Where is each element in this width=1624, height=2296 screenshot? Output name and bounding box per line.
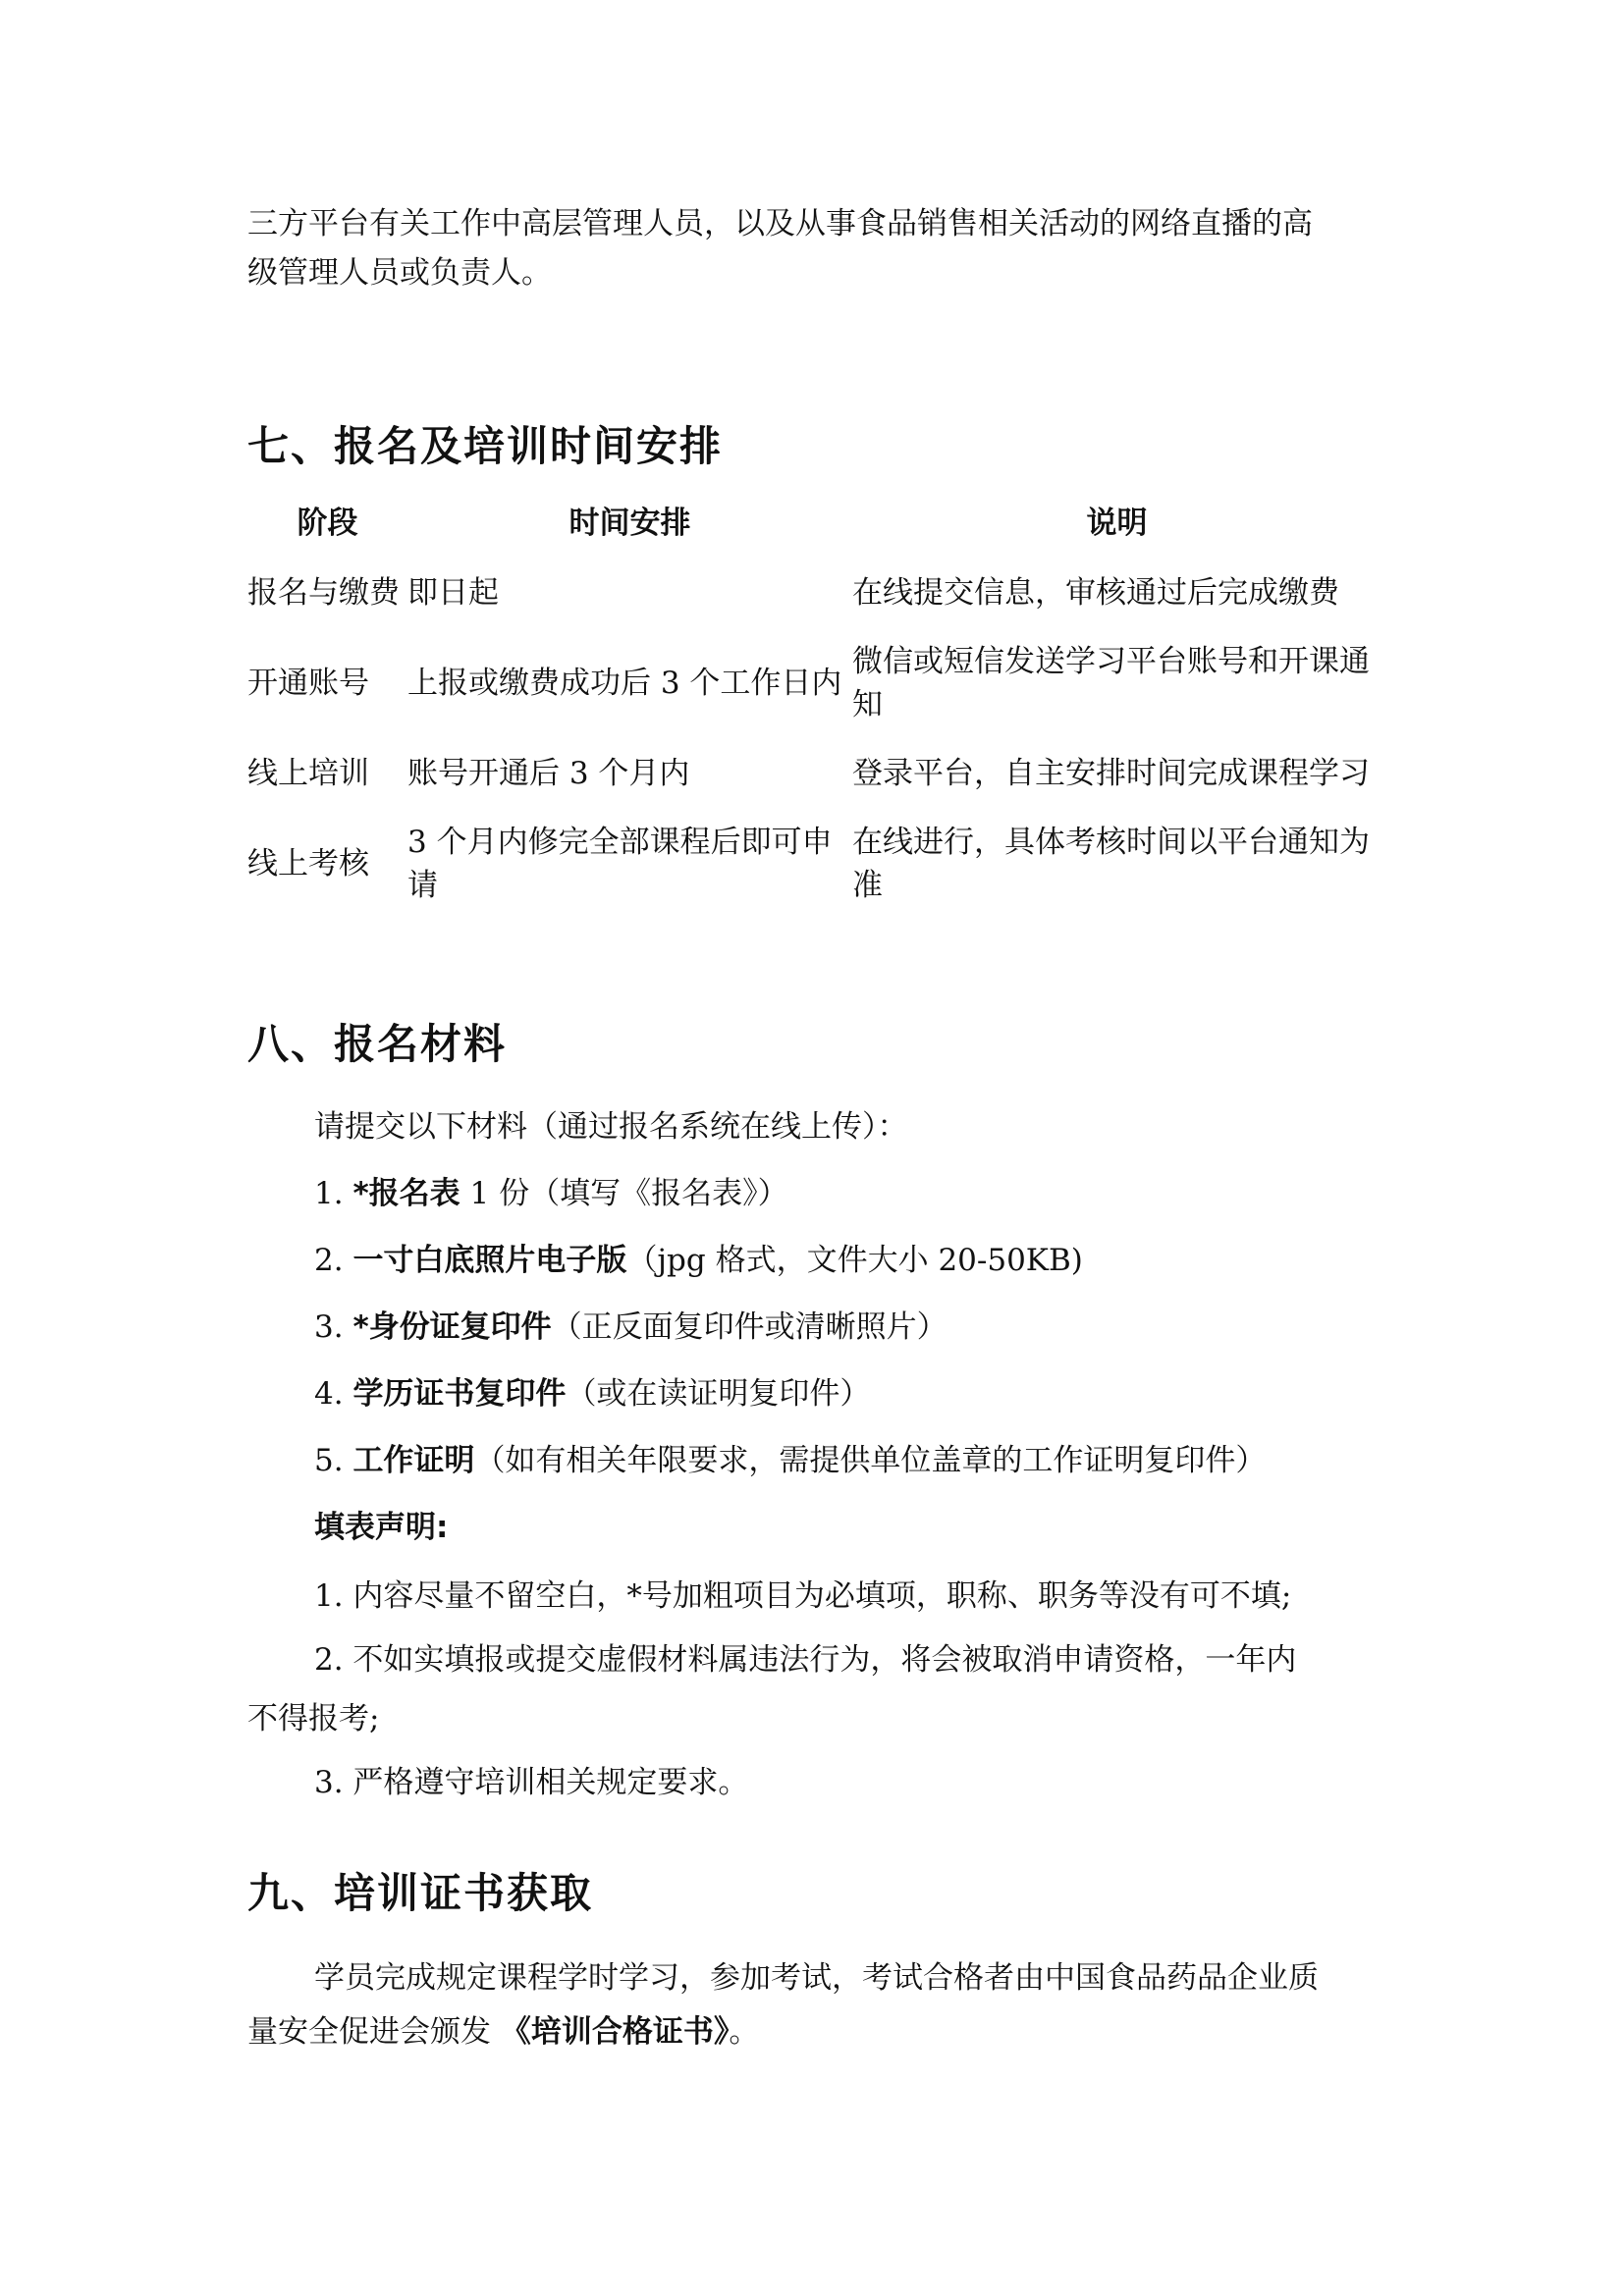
row-time: 即日起 [407,548,852,638]
table-row: 开通账号 上报或缴费成功后 3 个工作日内 微信或短信发送学习平台账号和开课通知 [247,638,1381,728]
certificate-paragraph-line-2: 量安全促进会颁发 《培训合格证书》。 [247,2012,759,2052]
table-row: 线上考核 3 个月内修完全部课程后即可申请 在线进行，具体考核时间以平台通知为准 [247,819,1381,909]
section-9-heading: 九、培训证书获取 [247,1866,593,1921]
note-item-1: 1. 内容尽量不留空白，*号加粗项目为必填项，职称、职务等没有可不填; [314,1576,1291,1616]
note-item-2: 2. 不如实填报或提交虚假材料属违法行为，将会被取消申请资格，一年内 [314,1640,1296,1680]
note-item-3: 3. 严格遵守培训相关规定要求。 [314,1763,748,1802]
material-number: 3. [314,1309,344,1345]
material-detail: 1 份（填写《报名表》） [460,1176,788,1211]
material-number: 2. [314,1243,344,1278]
material-number: 1. [314,1176,344,1211]
section-8-heading: 八、报名材料 [247,1017,507,1072]
material-name: *身份证复印件 [352,1309,551,1345]
material-item: 1. *报名表 1 份（填写《报名表》） [314,1174,788,1213]
material-detail: （或在读证明复印件） [566,1376,870,1412]
row-stage: 开通账号 [247,638,407,728]
intro-line-2: 级管理人员或负责人。 [247,253,552,293]
certificate-name: 《培训合格证书》 [501,2014,730,2050]
row-time: 3 个月内修完全部课程后即可申请 [407,819,852,909]
material-number: 4. [314,1376,344,1412]
row-desc: 在线进行，具体考核时间以平台通知为准 [852,819,1381,909]
certificate-period: 。 [729,2014,759,2050]
header-time: 时间安排 [407,491,852,548]
table-row: 报名与缴费 即日起 在线提交信息，审核通过后完成缴费 [247,548,1381,638]
material-detail: （如有相关年限要求，需提供单位盖章的工作证明复印件） [474,1443,1266,1478]
row-desc: 登录平台，自主安排时间完成课程学习 [852,728,1381,819]
notes-title: 填表声明: [314,1508,448,1547]
row-time: 上报或缴费成功后 3 个工作日内 [407,638,852,728]
certificate-paragraph-line-1: 学员完成规定课程学时学习，参加考试，考试合格者由中国食品药品企业质 [314,1958,1319,1998]
schedule-table: 阶段 时间安排 说明 报名与缴费 即日起 在线提交信息，审核通过后完成缴费 开通… [247,491,1381,909]
section-7-heading: 七、报名及培训时间安排 [247,419,723,474]
header-stage: 阶段 [247,491,407,548]
material-detail: （jpg 格式，文件大小 20-50KB) [626,1243,1082,1278]
note-item-2-continued: 不得报考; [247,1699,379,1738]
row-stage: 线上培训 [247,728,407,819]
row-stage: 线上考核 [247,819,407,909]
material-name: 一寸白底照片电子版 [352,1243,626,1278]
material-number: 5. [314,1443,344,1478]
certificate-text: 量安全促进会颁发 [247,2014,501,2050]
material-name: 学历证书复印件 [352,1376,566,1412]
row-stage: 报名与缴费 [247,548,407,638]
material-detail: （正反面复印件或清晰照片） [552,1309,947,1345]
material-name: *报名表 [352,1176,460,1211]
row-desc: 微信或短信发送学习平台账号和开课通知 [852,638,1381,728]
material-item: 4. 学历证书复印件（或在读证明复印件） [314,1374,870,1414]
materials-intro: 请提交以下材料（通过报名系统在线上传）： [314,1107,908,1147]
intro-line-1: 三方平台有关工作中高层管理人员，以及从事食品销售相关活动的网络直播的高 [247,204,1313,243]
material-name: 工作证明 [352,1443,474,1478]
material-item: 3. *身份证复印件（正反面复印件或清晰照片） [314,1308,947,1347]
material-item: 2. 一寸白底照片电子版（jpg 格式，文件大小 20-50KB) [314,1241,1083,1280]
schedule-table-header: 阶段 时间安排 说明 [247,491,1381,548]
header-desc: 说明 [852,491,1381,548]
material-item: 5. 工作证明（如有相关年限要求，需提供单位盖章的工作证明复印件） [314,1441,1266,1480]
table-row: 线上培训 账号开通后 3 个月内 登录平台，自主安排时间完成课程学习 [247,728,1381,819]
row-time: 账号开通后 3 个月内 [407,728,852,819]
row-desc: 在线提交信息，审核通过后完成缴费 [852,548,1381,638]
